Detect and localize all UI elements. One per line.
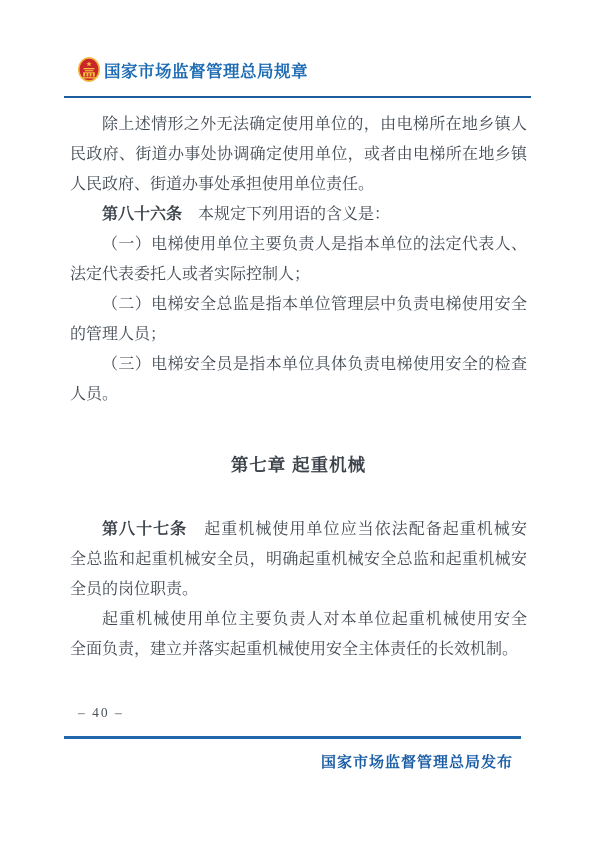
text-line: 全员的岗位职责。 (70, 575, 527, 605)
paragraph: 第八十七条 起重机械使用单位应当依法配备起重机械安全总监和起重机械安全员，明确起… (70, 515, 527, 605)
chapter-heading: 第七章 起重机械 (70, 450, 527, 480)
text-line: 人民政府、街道办事处承担使用单位责任。 (70, 170, 527, 200)
document-page: 国家市场监督管理总局规章 除上述情形之外无法确定使用单位的，由电梯所在地乡镇人民… (0, 0, 595, 842)
page-header: 国家市场监督管理总局规章 (78, 57, 308, 82)
paragraph: 除上述情形之外无法确定使用单位的，由电梯所在地乡镇人民政府、街道办事处协调确定使… (70, 110, 527, 200)
publisher-line: 国家市场监督管理总局发布 (321, 751, 513, 772)
header-rule (64, 96, 531, 98)
text-line: 全总监和起重机械安全员，明确起重机械安全总监和起重机械安 (70, 545, 527, 575)
text-line: 第八十六条 本规定下列用语的含义是： (70, 200, 527, 230)
text-line: 起重机械使用单位主要负责人对本单位起重机械使用安全 (70, 605, 527, 635)
page-number: – 40 – (78, 705, 124, 721)
footer-rule (64, 736, 521, 739)
header-title: 国家市场监督管理总局规章 (104, 58, 308, 82)
paragraph: （三）电梯安全员是指本单位具体负责电梯使用安全的检查人员。 (70, 350, 527, 410)
article-number: 第八十七条 (102, 521, 187, 538)
paragraph: （二）电梯安全总监是指本单位管理层中负责电梯使用安全的管理人员； (70, 290, 527, 350)
text-line: 民政府、街道办事处协调确定使用单位，或者由电梯所在地乡镇 (70, 140, 527, 170)
text-line: 第八十七条 起重机械使用单位应当依法配备起重机械安 (70, 515, 527, 545)
text-line: 全面负责，建立并落实起重机械使用安全主体责任的长效机制。 (70, 635, 527, 665)
china-national-emblem-icon (78, 57, 100, 82)
text-line: 法定代表委托人或者实际控制人； (70, 260, 527, 290)
paragraph: （一）电梯使用单位主要负责人是指本单位的法定代表人、法定代表委托人或者实际控制人… (70, 230, 527, 290)
text-line: （一）电梯使用单位主要负责人是指本单位的法定代表人、 (70, 230, 527, 260)
text-line: （二）电梯安全总监是指本单位管理层中负责电梯使用安全 (70, 290, 527, 320)
text-line: 人员。 (70, 380, 527, 410)
document-body: 除上述情形之外无法确定使用单位的，由电梯所在地乡镇人民政府、街道办事处协调确定使… (70, 110, 527, 665)
paragraph: 第八十六条 本规定下列用语的含义是： (70, 200, 527, 230)
paragraph: 起重机械使用单位主要负责人对本单位起重机械使用安全全面负责，建立并落实起重机械使… (70, 605, 527, 665)
text-line: 除上述情形之外无法确定使用单位的，由电梯所在地乡镇人 (70, 110, 527, 140)
text-line: （三）电梯安全员是指本单位具体负责电梯使用安全的检查 (70, 350, 527, 380)
text-line: 的管理人员； (70, 320, 527, 350)
article-number: 第八十六条 (102, 206, 182, 223)
